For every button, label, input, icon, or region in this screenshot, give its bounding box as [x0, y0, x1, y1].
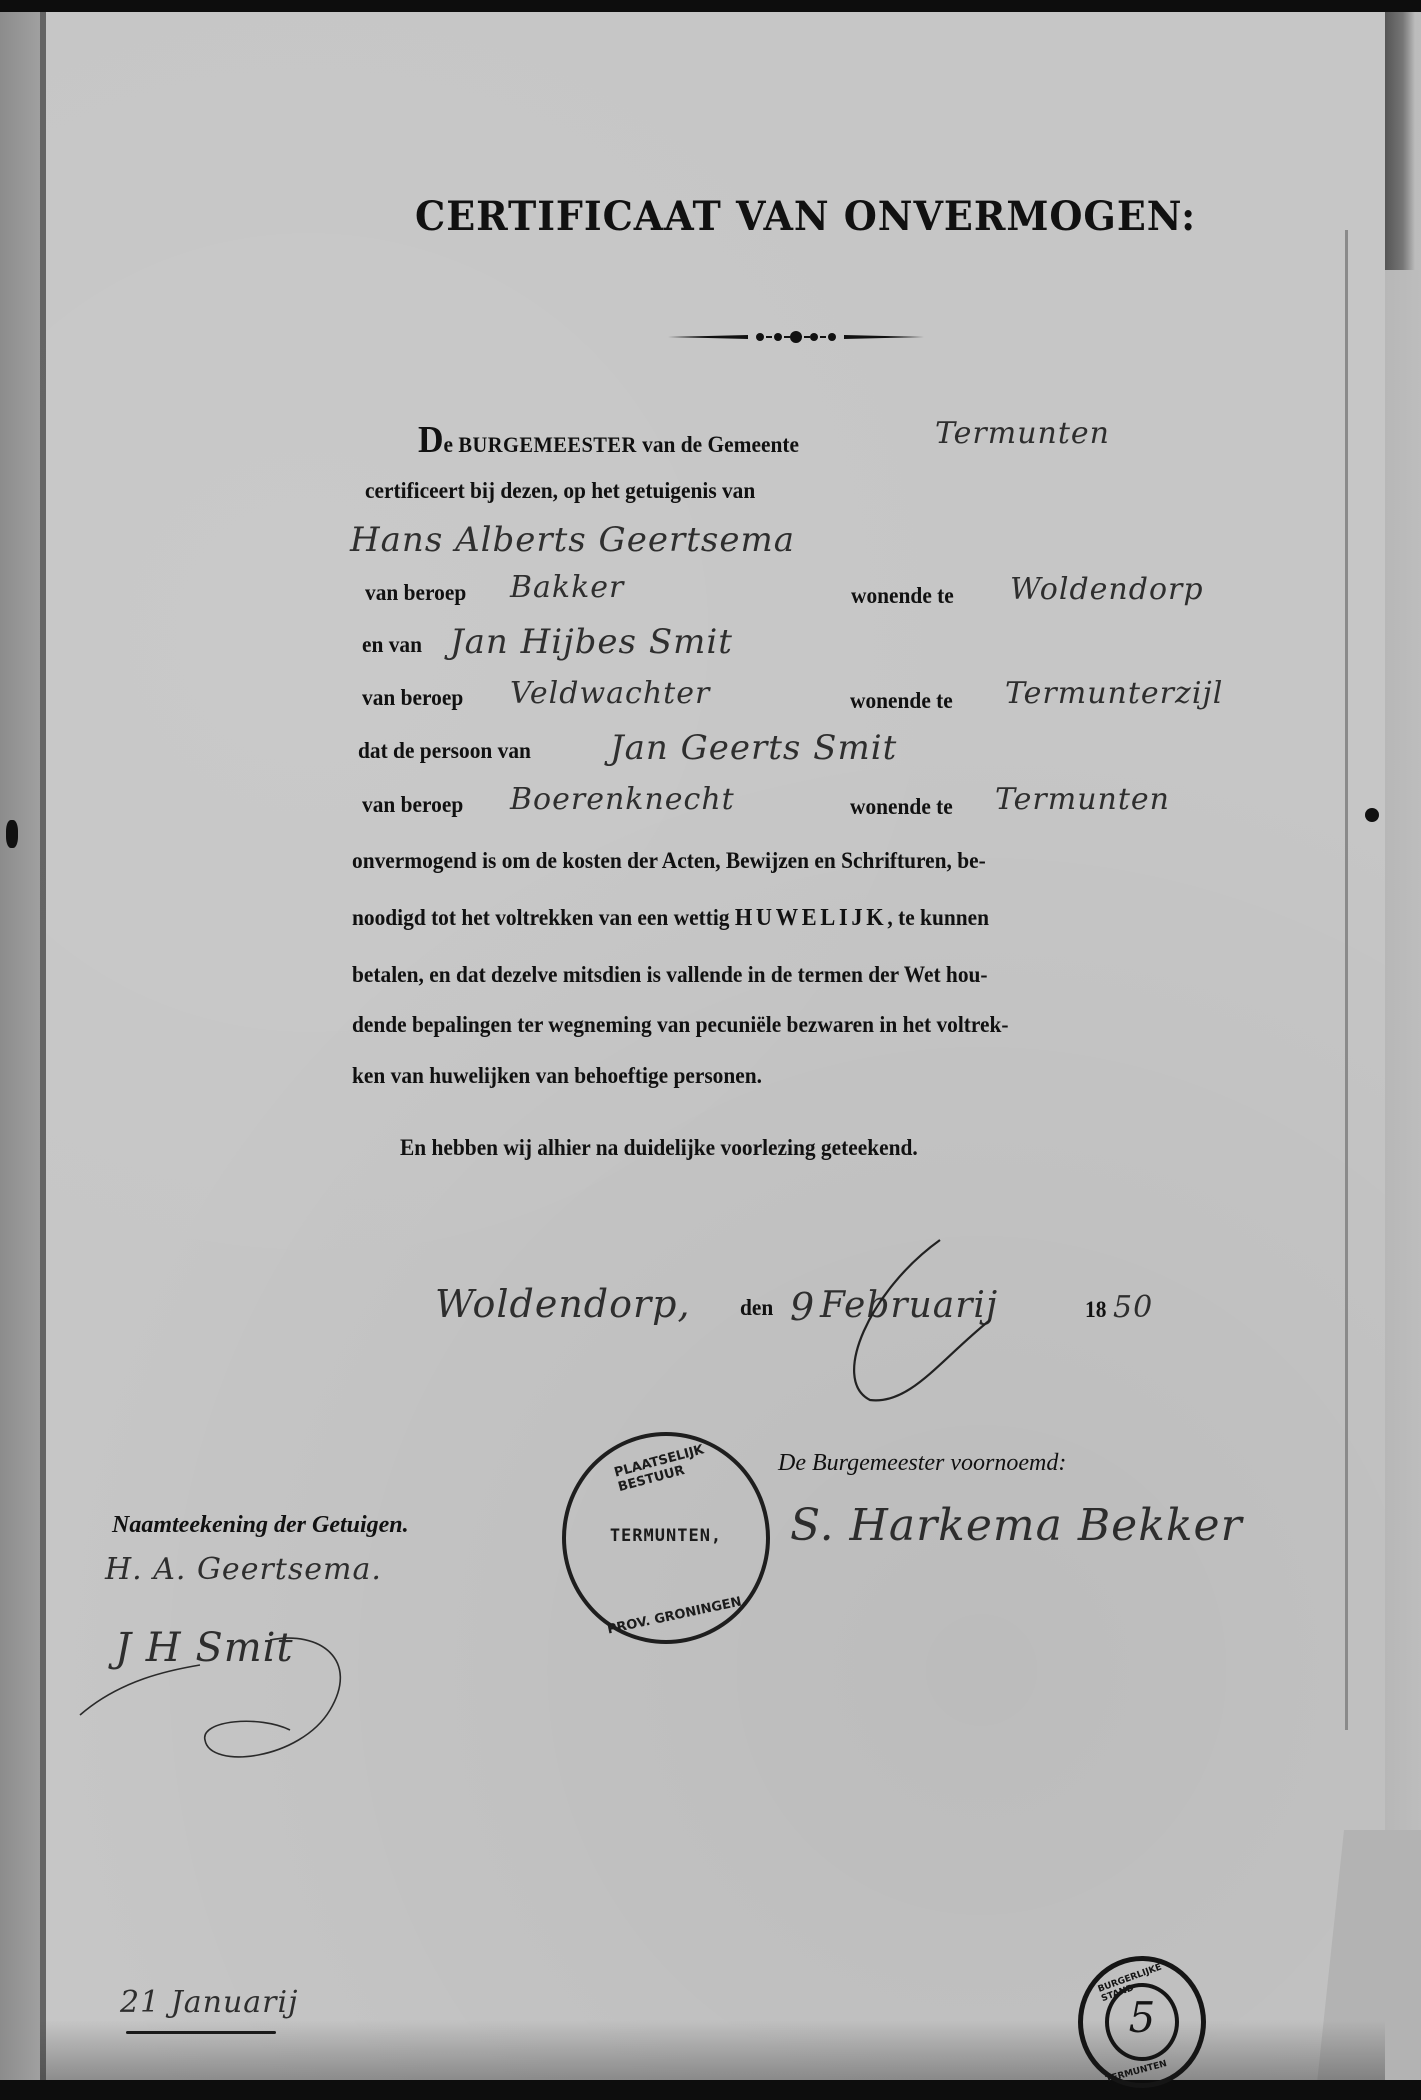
- stamp-ring-bottom: TERMUNTEN: [1105, 2059, 1168, 2085]
- certifies-line: certificeert bij dezen, op het getuigeni…: [365, 478, 755, 504]
- subject-occupation: Boerenknecht: [510, 782, 735, 817]
- subject-name: Jan Geerts Smit: [610, 728, 897, 768]
- closing-line: En hebben wij alhier na duidelijke voorl…: [400, 1135, 918, 1161]
- subject-residence-label: wonende te: [850, 794, 953, 820]
- scan-border-top: [0, 0, 1421, 12]
- municipality-handwritten: Termunten: [935, 416, 1110, 451]
- witness1-name: Hans Alberts Geertsema: [350, 520, 795, 560]
- mayor-label: De Burgemeester voornoemd:: [778, 1450, 1066, 1477]
- body-line-5: ken van huwelijken van behoeftige person…: [352, 1063, 762, 1089]
- date-den-label: den: [740, 1295, 773, 1321]
- witness2-residence-label: wonende te: [850, 688, 953, 714]
- witness1-signature: H. A. Geertsema.: [105, 1552, 382, 1587]
- intro-line: De BURGEMEESTER van de Gemeente: [418, 418, 799, 462]
- ink-blot-icon: [1365, 808, 1379, 822]
- body-line-1: onvermogend is om de kosten der Acten, B…: [352, 848, 986, 874]
- document-title: CERTIFICAAT VAN ONVERMOGEN:: [415, 193, 1196, 240]
- mayor-signature: S. Harkema Bekker: [790, 1500, 1243, 1551]
- witness1-occupation: Bakker: [510, 570, 624, 605]
- seal-ring-top: PLAATSELIJK BESTUUR: [613, 1427, 768, 1495]
- archive-note-underline: [126, 2031, 276, 2034]
- body-line-2: noodigd tot het voltrekken van een wetti…: [352, 905, 989, 932]
- stamp-number: 5: [1109, 1993, 1175, 2042]
- seal-center-text: TERMUNTEN,: [566, 1526, 766, 1546]
- subject-residence: Termunten: [995, 782, 1170, 817]
- subject-intro-label: dat de persoon van: [358, 738, 531, 764]
- archive-note: 21 Januarij: [120, 1985, 298, 2020]
- witness1-residence: Woldendorp: [1010, 572, 1204, 607]
- subject-occupation-label: van beroep: [362, 792, 463, 818]
- office-title: BURGEMEESTER: [458, 432, 636, 457]
- certificate-page: [40, 10, 1385, 2085]
- witness2-name: Jan Hijbes Smit: [450, 622, 733, 662]
- date-flourish-icon: [790, 1230, 1030, 1410]
- page-right-edge-shadow: [1385, 10, 1415, 270]
- date-year-printed: 18: [1085, 1297, 1106, 1323]
- ornamental-divider-icon: [668, 330, 924, 344]
- date-year-handwritten: 50: [1113, 1290, 1153, 1325]
- huwelijk-emphasis: HUWELIJK: [735, 905, 888, 931]
- witness2-residence: Termunterzijl: [1005, 676, 1223, 711]
- dropcap: D: [418, 419, 444, 461]
- witness1-occupation-label: van beroep: [365, 580, 466, 606]
- body-line-3: betalen, en dat dezelve mitsdien is vall…: [352, 962, 988, 988]
- witness2-occupation: Veldwachter: [510, 676, 710, 711]
- signature-flourish-icon: [60, 1620, 400, 1770]
- page-crease: [1345, 230, 1348, 1730]
- body-line-4: dende bepalingen ter wegneming van pecun…: [352, 1012, 1009, 1038]
- witness2-occupation-label: van beroep: [362, 685, 463, 711]
- scan-border-bottom: [0, 2080, 1421, 2100]
- archive-stamp: BURGERLIJKE STAND 5 TERMUNTEN: [1078, 1956, 1206, 2088]
- municipal-seal: PLAATSELIJK BESTUUR TERMUNTEN, PROV. GRO…: [562, 1432, 770, 1644]
- stamp-inner-ring: 5: [1105, 1983, 1179, 2061]
- ink-blot-icon: [6, 820, 18, 848]
- page-left-edge: [40, 10, 46, 2085]
- witness1-residence-label: wonende te: [851, 583, 954, 609]
- date-place: Woldendorp,: [435, 1282, 691, 1326]
- witnesses-label: Naamteekening der Getuigen.: [112, 1512, 409, 1539]
- witness2-intro-label: en van: [362, 632, 422, 658]
